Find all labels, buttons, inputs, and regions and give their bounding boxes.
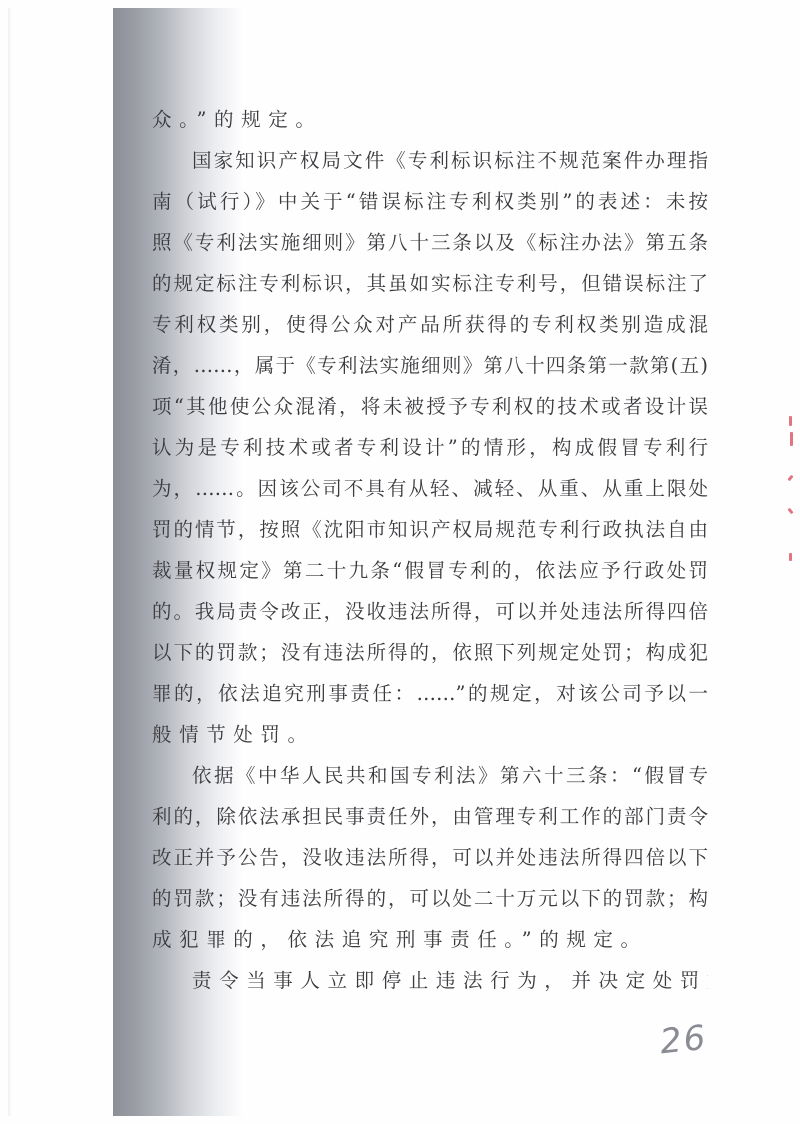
paragraph-line: 般情节处罚。 (152, 720, 708, 761)
paragraph-line: 南（试行）》中关于“错误标注专利权类别”的表述：未按 (152, 187, 708, 228)
paragraph-line: 依据《中华人民共和国专利法》第六十三条：“假冒专 (152, 761, 708, 802)
paragraph-line: 的。我局责令改正，没收违法所得，可以并处违法所得四倍 (152, 597, 708, 638)
paragraph-line: 改正并予公告，没收违法所得，可以并处违法所得四倍以下 (152, 843, 708, 884)
paragraph-line: 利的，除依法承担民事责任外，由管理专利工作的部门责令 (152, 802, 708, 843)
handwritten-page-number: 26 (658, 1018, 709, 1063)
paragraph-line: 专利权类别，使得公众对产品所获得的专利权类别造成混 (152, 310, 708, 351)
paragraph-line: 众。”的规定。 (152, 105, 708, 146)
paragraph-line: 以下的罚款；没有违法所得的，依照下列规定处罚；构成犯 (152, 638, 708, 679)
red-stamp-mark (787, 508, 793, 515)
paragraph-line: 淆，……，属于《专利法实施细则》第八十四条第一款第(五) (152, 351, 708, 392)
paragraph-line: 成犯罪的，依法追究刑事责任。”的规定。 (152, 925, 708, 966)
paragraph-line: 为，……。因该公司不具有从轻、减轻、从重、从重上限处 (152, 474, 708, 515)
paragraph-line: 裁量权规定》第二十九条“假冒专利的，依法应予行政处罚 (152, 556, 708, 597)
paragraph-line: 责令当事人立即停止违法行为，并决定处罚如下： (152, 966, 708, 1007)
paragraph-line: 国家知识产权局文件《专利标识标注不规范案件办理指 (152, 146, 708, 187)
red-stamp-mark (787, 475, 793, 482)
paragraph-line: 罚的情节，按照《沈阳市知识产权局规范专利行政执法自由 (152, 515, 708, 556)
paragraph-line: 的罚款；没有违法所得的，可以处二十万元以下的罚款；构 (152, 884, 708, 925)
paragraph-line: 罪的，依法追究刑事责任：……”的规定，对该公司予以一 (152, 679, 708, 720)
page-edge (8, 8, 11, 1116)
document-body: 众。”的规定。 国家知识产权局文件《专利标识标注不规范案件办理指 南（试行）》中… (152, 105, 708, 1007)
scanned-page: 众。”的规定。 国家知识产权局文件《专利标识标注不规范案件办理指 南（试行）》中… (0, 0, 800, 1124)
red-stamp-mark (789, 553, 792, 561)
red-stamp-mark (790, 432, 793, 446)
paragraph-line: 的规定标注专利标识，其虽如实标注专利号，但错误标注了 (152, 269, 708, 310)
paragraph-line: 照《专利法实施细则》第八十三条以及《标注办法》第五条 (152, 228, 708, 269)
paragraph-line: 项“其他使公众混淆，将未被授予专利权的技术或者设计误 (152, 392, 708, 433)
red-stamp-mark (789, 416, 792, 426)
paragraph-line: 认为是专利技术或者专利设计”的情形，构成假冒专利行 (152, 433, 708, 474)
